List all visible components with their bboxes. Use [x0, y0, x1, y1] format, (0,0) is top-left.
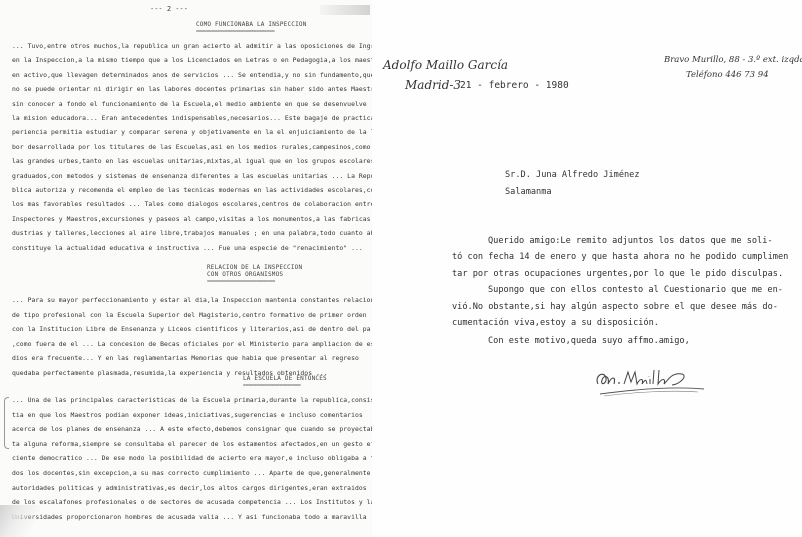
text-line: constituye la actualidad educativa e ins… [12, 244, 363, 252]
scanned-document-spread: --- 2 --- COMO FUNCIONABA LA INSPECCION … [0, 0, 802, 537]
heading-underline: ============================== [196, 29, 274, 35]
text-line: dustrias y talleres,lecciones al aire li… [12, 229, 372, 237]
text-line: de tipo profesional con la Escuela Super… [12, 311, 367, 319]
letter-date: 21 - febrero - 1980 [460, 80, 569, 91]
text-line: Inspectores y Maestros,excursiones y pas… [12, 215, 372, 223]
section-heading-relacion-line2: CON OTROS ORGANISMOS [207, 271, 283, 278]
letterhead-name: Adolfo Maillo García [383, 58, 508, 72]
text-line: dos los docentes,sin excepcion,a su mas … [12, 469, 372, 477]
text-line: periencia permitia estudiar y comparar s… [12, 128, 372, 136]
text-line: dios era frecuente... Y en las reglament… [12, 354, 359, 362]
text-line: acerca de los planes de ensenanza ... A … [12, 425, 372, 433]
text-line: de los escalafones profesionales o de se… [12, 498, 372, 506]
heading-underline: ========================== [207, 279, 275, 285]
margin-bracket-mark [4, 397, 9, 449]
letterhead-city: Madrid-3 [405, 78, 461, 92]
text-line: sin conocer a fondo el funcionamiento de… [12, 100, 367, 108]
recipient-city: Salamanma [505, 187, 552, 197]
letterhead-phone: Teléfono 446 73 94 [686, 70, 769, 80]
section-heading-escuela: LA ESCUELA DE ENTONCES [243, 375, 327, 382]
text-line: con la Institucion Libre de Ensenanza y … [12, 325, 371, 333]
text-line: ... Para su mayor perfeccionamiento y es… [12, 296, 372, 304]
text-line: los mas favorables resultados ... Tales … [12, 200, 372, 208]
text-line: bor desarrollada por los titulares de la… [12, 143, 372, 151]
section-heading-relacion-line1: RELACION DE LA INSPECCION [207, 264, 302, 271]
text-line: ,como fuera de el ... La concesion de Be… [12, 340, 372, 348]
letter-body-line: Querido amigo:Le remito adjuntos los dat… [488, 236, 773, 246]
text-line: Universidades proporcionaron hombres de … [12, 513, 372, 521]
text-line: no se puede orientar ni dirigir en las l… [12, 85, 372, 93]
text-line: tia en que los Maestros podian exponer i… [12, 411, 363, 419]
text-line: en activo,que llevagen determinados anos… [12, 71, 372, 79]
letter-body-line: vió.No obstante,si hay algún aspecto sob… [452, 302, 778, 312]
text-line: ... Tuvo,entre otros muchos,la republica… [12, 42, 372, 50]
recipient-name: Sr.D. Juna Alfredo Jiménez [505, 170, 640, 180]
text-line: en la Inspeccion,a la mismo tiempo que a… [12, 56, 372, 64]
scan-shadow [0, 505, 40, 537]
text-line: ciente democratico ... De ese modo la po… [12, 454, 372, 462]
text-line: graduados,con metodos y sistemas de ense… [12, 172, 372, 180]
scan-artifact [320, 5, 370, 15]
letter-body-line: tó con fecha 14 de enero y que hasta aho… [452, 252, 788, 262]
section-heading-como-funcionaba: COMO FUNCIONABA LA INSPECCION [196, 21, 307, 28]
text-line: autoridades politicas y administrativas,… [12, 484, 367, 492]
text-line: ... Una de las principales caracteristic… [12, 396, 372, 404]
letter-body-line: tar por otras ocupaciones urgentes,por l… [452, 269, 783, 279]
letter-body-line: Supongo que con ellos contesto al Cuesti… [488, 285, 783, 295]
letterhead-address: Bravo Murillo, 88 - 3.º ext. izqda. [664, 55, 802, 65]
page-number: --- 2 --- [150, 5, 188, 13]
letter-body-line: Con este motivo,queda suyo affmo.amigo, [488, 336, 690, 346]
text-line: la mision educadora... Eran antecedentes… [12, 114, 372, 122]
text-line: blica autoriza y recomenda el empleo de … [12, 186, 372, 194]
letter-body-line: cumentación viva,estoy a su disposición. [452, 318, 659, 328]
text-line: las grandes urbes,tanto en las escuelas … [12, 157, 372, 165]
manuscript-page: --- 2 --- COMO FUNCIONABA LA INSPECCION … [0, 0, 372, 537]
handwritten-signature: A. Maillo [590, 362, 710, 402]
heading-underline: ====================== [243, 383, 300, 389]
text-line: ta alguna reforma,siempre se consultaba … [12, 440, 372, 448]
